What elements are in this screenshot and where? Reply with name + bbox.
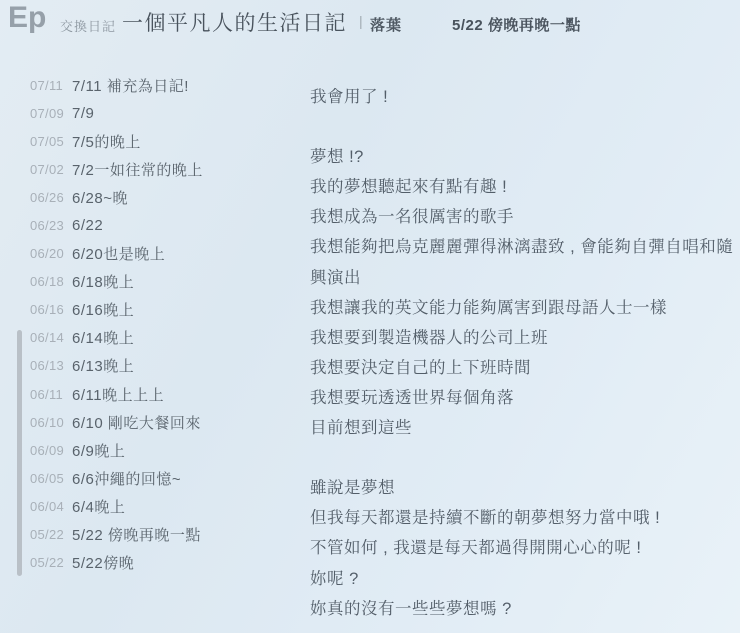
scrollbar-thumb[interactable] — [17, 330, 22, 576]
entry-date: 06/26 — [30, 190, 72, 205]
app-logo[interactable]: Ep — [8, 1, 46, 35]
diary-line: 雖說是夢想 — [310, 473, 740, 503]
entry-date: 07/11 — [30, 78, 72, 93]
entry-title: 6/22 — [72, 217, 103, 234]
diary-line — [310, 112, 740, 142]
entry-title: 7/11 補充為日記! — [72, 78, 189, 96]
entry-title: 6/6沖繩的回憶~ — [72, 468, 181, 489]
entry-list-item[interactable]: 05/225/22傍晚 — [30, 549, 298, 577]
entry-list-item[interactable]: 07/057/5的晚上 — [30, 127, 298, 155]
entry-list-item[interactable]: 06/146/14晚上 — [30, 324, 298, 352]
entry-date: 06/18 — [30, 274, 72, 289]
entry-list-item[interactable]: 06/056/6沖繩的回憶~ — [30, 464, 298, 492]
entry-date: 06/16 — [30, 302, 72, 317]
entry-title: 6/13晚上 — [72, 355, 134, 376]
entry-list-item[interactable]: 06/136/13晚上 — [30, 352, 298, 380]
entry-title: 6/28~晚 — [72, 187, 128, 208]
diary-line: 我的夢想聽起來有點有趣 ! — [310, 172, 740, 202]
entry-list-item[interactable]: 06/186/18晚上 — [30, 268, 298, 296]
entry-title: 6/10 剛吃大餐回來 — [72, 412, 201, 433]
entry-list-item[interactable]: 07/097/9 — [30, 99, 298, 127]
entry-title: 6/4晚上 — [72, 496, 125, 517]
diary-line: 我想要決定自己的上下班時間 — [310, 353, 740, 383]
entry-date: 07/09 — [30, 106, 72, 121]
entry-list[interactable]: 07/117/11 補充為日記!07/097/907/057/5的晚上07/02… — [30, 78, 298, 584]
diary-line: 目前想到這些 — [310, 413, 740, 443]
diary-content[interactable]: 我會用了 !夢想 !?我的夢想聽起來有點有趣 !我想成為一名很厲害的歌手我想能夠… — [310, 82, 740, 624]
diary-line: 我想要玩透透世界每個角落 — [310, 383, 740, 413]
entry-title: 5/22 傍晚再晚一點 — [72, 524, 201, 545]
entry-list-item[interactable]: 05/225/22 傍晚再晚一點 — [30, 521, 298, 549]
diary-line: 夢想 !? — [310, 142, 740, 172]
entry-date: 06/13 — [30, 358, 72, 373]
diary-line: 興演出 — [310, 263, 740, 293]
entry-date: 06/11 — [30, 387, 72, 402]
entry-date: 06/20 — [30, 246, 72, 261]
current-entry-title: 5/22 傍晚再晚一點 — [452, 14, 581, 35]
entry-date: 06/14 — [30, 330, 72, 345]
diary-line: 我會用了 ! — [310, 82, 740, 112]
entry-date: 06/04 — [30, 499, 72, 514]
entry-list-item[interactable]: 06/166/16晚上 — [30, 296, 298, 324]
diary-line: 我想能夠把烏克麗麗彈得淋漓盡致 , 會能夠自彈自唱和隨 — [310, 232, 740, 262]
entry-date: 05/22 — [30, 527, 72, 542]
app-name-label: 交換日記 — [60, 16, 116, 35]
entry-list-item[interactable]: 06/236/22 — [30, 211, 298, 239]
diary-line: 我想讓我的英文能力能夠厲害到跟母語人士一樣 — [310, 293, 740, 323]
entry-title: 7/2一如往常的晚上 — [72, 159, 203, 180]
entry-date: 06/05 — [30, 471, 72, 486]
entry-date: 05/22 — [30, 555, 72, 570]
diary-line: 妳真的沒有一些些夢想嗎 ? — [310, 594, 740, 624]
title-author-divider: | — [359, 13, 363, 29]
entry-list-item[interactable]: 06/046/4晚上 — [30, 492, 298, 520]
entry-title: 6/11晚上上上 — [72, 384, 164, 405]
entry-list-item[interactable]: 06/266/28~晚 — [30, 183, 298, 211]
entry-title: 6/20也是晚上 — [72, 243, 165, 264]
entry-list-item[interactable]: 06/206/20也是晚上 — [30, 240, 298, 268]
entry-title: 6/18晚上 — [72, 271, 134, 292]
entry-list-item[interactable]: 06/116/11晚上上上 — [30, 380, 298, 408]
entry-list-item[interactable]: 07/027/2一如往常的晚上 — [30, 155, 298, 183]
entry-list-item[interactable]: 06/106/10 剛吃大餐回來 — [30, 408, 298, 436]
entry-title: 5/22傍晚 — [72, 552, 134, 573]
diary-line: 我想要到製造機器人的公司上班 — [310, 323, 740, 353]
entry-date: 06/23 — [30, 218, 72, 233]
diary-line: 我想成為一名很厲害的歌手 — [310, 202, 740, 232]
diary-line: 但我每天都還是持續不斷的朝夢想努力當中哦 ! — [310, 503, 740, 533]
entry-list-item[interactable]: 07/117/11 補充為日記! — [30, 78, 298, 99]
diary-line — [310, 443, 740, 473]
entry-title: 6/16晚上 — [72, 299, 134, 320]
entry-date: 07/05 — [30, 134, 72, 149]
entry-date: 07/02 — [30, 162, 72, 177]
entry-date: 06/10 — [30, 415, 72, 430]
diary-line: 妳呢 ? — [310, 564, 740, 594]
entry-title: 6/9晚上 — [72, 440, 125, 461]
diary-title: 一個平凡人的生活日記 — [122, 7, 347, 37]
entry-list-item[interactable]: 06/096/9晚上 — [30, 436, 298, 464]
entry-title: 6/14晚上 — [72, 327, 134, 348]
diary-line: 不管如何 , 我還是每天都過得開開心心的呢 ! — [310, 533, 740, 563]
author-name: 落葉 — [370, 14, 402, 35]
entry-title: 7/9 — [72, 105, 94, 122]
entry-title: 7/5的晚上 — [72, 131, 141, 152]
entry-date: 06/09 — [30, 443, 72, 458]
